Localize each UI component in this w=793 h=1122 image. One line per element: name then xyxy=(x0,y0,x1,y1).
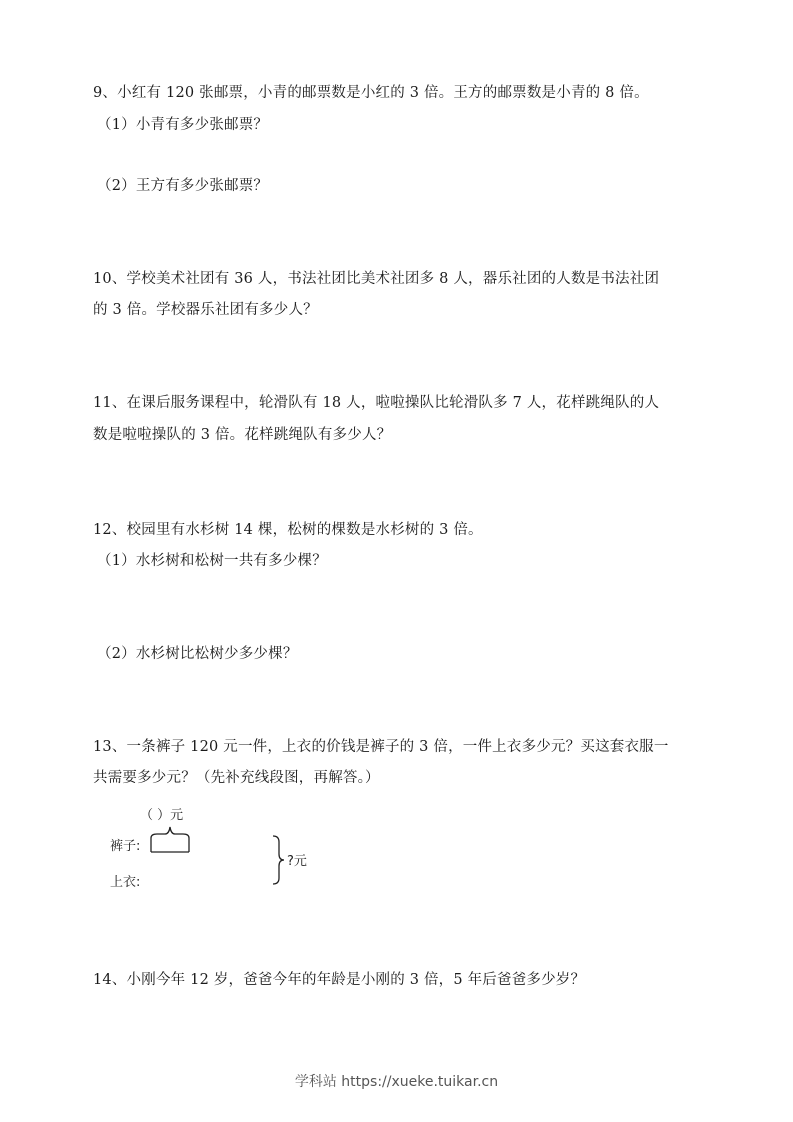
pants-segment-brace-icon xyxy=(149,824,191,854)
diagram-shirt-label: 上衣: xyxy=(110,871,140,890)
diagram-total-label: ?元 xyxy=(287,850,307,869)
q12-sub1: （1）水杉树和松树一共有多少棵？ xyxy=(97,552,327,570)
q12-stem: 12、校园里有水杉树 14 棵，松树的棵数是水杉树的 3 倍。 xyxy=(93,521,483,539)
q13-line1: 13、一条裤子 120 元一件，上衣的价钱是裤子的 3 倍，一件上衣多少元？买这… xyxy=(93,738,669,756)
q10-line1: 10、学校美术社团有 36 人，书法社团比美术社团多 8 人，器乐社团的人数是书… xyxy=(93,270,659,288)
q12-sub2: （2）水杉树比松树少多少棵？ xyxy=(97,645,298,663)
q9-stem: 9、小红有 120 张邮票，小青的邮票数是小红的 3 倍。王方的邮票数是小青的 … xyxy=(93,84,649,102)
q10-line2: 的 3 倍。学校器乐社团有多少人？ xyxy=(93,301,318,319)
q9-sub2: （2）王方有多少张邮票？ xyxy=(97,177,268,195)
q11-line1: 11、在课后服务课程中，轮滑队有 18 人，啦啦操队比轮滑队多 7 人，花样跳绳… xyxy=(93,394,659,412)
q14-stem: 14、小刚今年 12 岁，爸爸今年的年龄是小刚的 3 倍，5 年后爸爸多少岁？ xyxy=(93,971,585,989)
line-segment-diagram: （ ）元 裤子: 上衣: ?元 xyxy=(95,800,335,895)
total-brace-icon xyxy=(271,834,285,886)
footer-watermark: 学科站 https://xueke.tuikar.cn xyxy=(0,1071,793,1091)
q13-line2: 共需要多少元？（先补充线段图，再解答。） xyxy=(93,769,380,787)
q11-line2: 数是啦啦操队的 3 倍。花样跳绳队有多少人？ xyxy=(93,426,391,444)
diagram-pants-label: 裤子: xyxy=(110,835,140,854)
diagram-top-label: （ ）元 xyxy=(140,804,183,823)
q9-sub1: （1）小青有多少张邮票？ xyxy=(97,116,268,134)
